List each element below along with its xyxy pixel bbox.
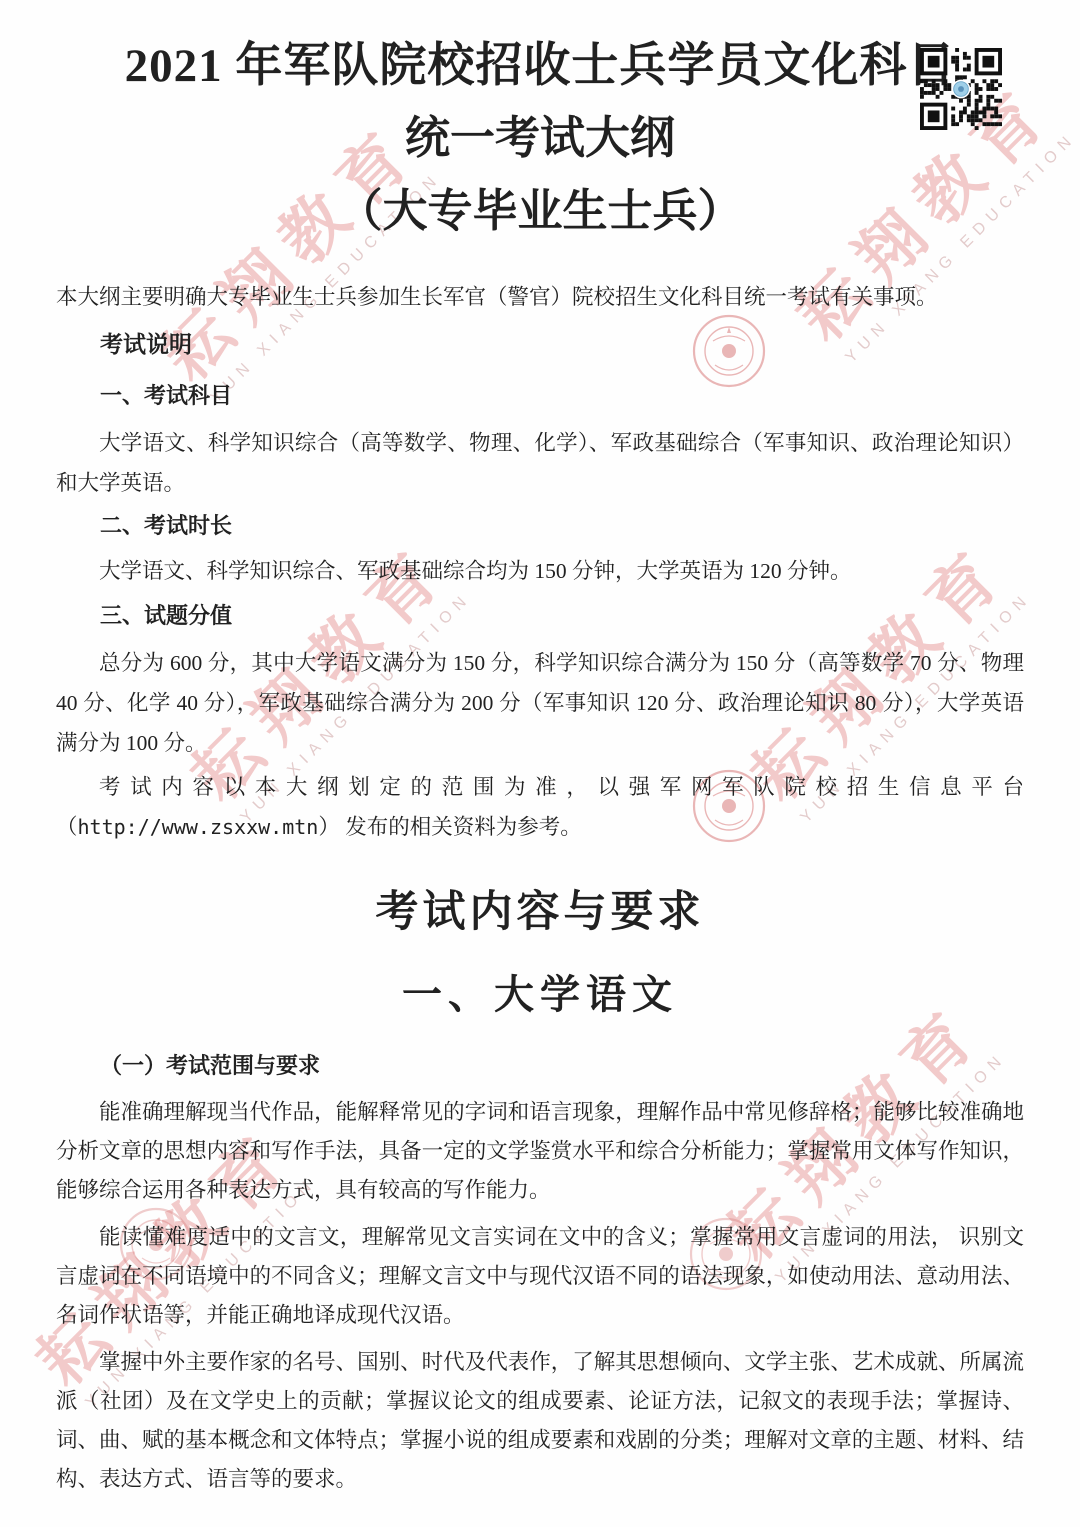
- document-content: 2021 年军队院校招收士兵学员文化科目 统一考试大纲 （大专毕业生士兵） 本大…: [0, 0, 1080, 1527]
- subject-chinese-heading: 一、大学语文: [56, 969, 1024, 1021]
- section-body-duration: 大学语文、科学知识综合、军政基础综合均为 150 分钟，大学英语为 120 分钟…: [56, 551, 1024, 591]
- section-heading-duration: 二、考试时长: [56, 511, 1024, 541]
- document-page: { "doc": { "title1": "2021 年军队院校招收士兵学员文化…: [0, 0, 1080, 1527]
- page-title-line2: 统一考试大纲: [56, 107, 1024, 170]
- section-heading-subjects: 一、考试科目: [56, 381, 1024, 411]
- scope-requirements-heading: （一）考试范围与要求: [56, 1051, 1024, 1081]
- qr-code-icon: [920, 48, 1002, 130]
- content-requirements-heading: 考试内容与要求: [56, 887, 1024, 939]
- reference-url: http://www.zsxxw.mtn: [78, 815, 319, 839]
- section-body-scores: 总分为 600 分，其中大学语文满分为 150 分，科学知识综合满分为 150 …: [56, 643, 1024, 763]
- scope-paragraph-2: 能读懂难度适中的文言文，理解常见文言实词在文中的含义；掌握常用文言虚词的用法， …: [56, 1218, 1024, 1335]
- reference-paragraph: 考试内容以本大纲划定的范围为准，以强军网军队院校招生信息平台（http://ww…: [56, 767, 1024, 847]
- page-title-line1: 2021 年军队院校招收士兵学员文化科目: [56, 34, 1024, 99]
- section-body-subjects: 大学语文、科学知识综合（高等数学、物理、化学）、军政基础综合（军事知识、政治理论…: [56, 423, 1024, 503]
- intro-paragraph: 本大纲主要明确大专毕业生士兵参加生长军官（警官）院校招生文化科目统一考试有关事项…: [56, 277, 1024, 317]
- scope-paragraph-3: 掌握中外主要作家的名号、国别、时代及代表作，了解其思想倾向、文学主张、艺术成就、…: [56, 1343, 1024, 1499]
- page-title-line3: （大专毕业生士兵）: [56, 180, 1024, 243]
- exam-notes-heading: 考试说明: [56, 329, 1024, 361]
- section-heading-scores: 三、试题分值: [56, 601, 1024, 631]
- scope-paragraph-1: 能准确理解现当代作品，能解释常见的字词和语言现象，理解作品中常见修辞格；能够比较…: [56, 1093, 1024, 1210]
- reference-suffix: ） 发布的相关资料为参考。: [318, 815, 581, 839]
